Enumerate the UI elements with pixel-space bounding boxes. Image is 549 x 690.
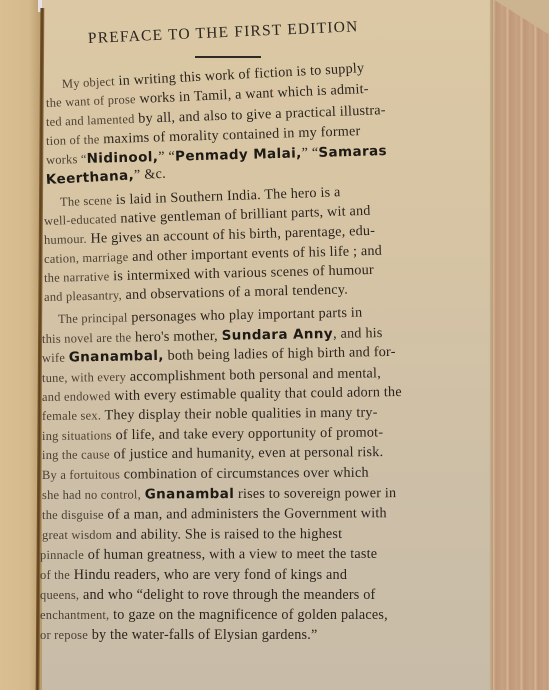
line-lead: well-educated <box>44 212 117 228</box>
line-text: and ability. She is raised to the highes… <box>116 526 342 543</box>
text-line: great wisdom and ability. She is raised … <box>42 526 342 544</box>
line-lead: this novel are the <box>42 330 132 346</box>
text-line: or repose by the water-falls of Elysian … <box>40 627 318 644</box>
text-line: enchantment, to gaze on the magnificence… <box>40 607 388 624</box>
line-lead: enchantment, <box>40 608 109 622</box>
character-name-gnanambal: Gnanambal, <box>69 348 164 366</box>
line-text: hero's mother, <box>135 328 218 345</box>
line-text: to gaze on the magnificence of golden pa… <box>113 607 388 623</box>
line-text: ” &c. <box>134 166 167 184</box>
text-line: the disguise of a man, and administers t… <box>42 505 387 524</box>
book-title-keerthana: Keerthana, <box>46 167 135 188</box>
heading-rule <box>195 56 261 58</box>
text-line: queens, and who “delight to rove through… <box>40 587 375 604</box>
line-lead: pinnacle <box>40 548 84 562</box>
line-text: personages who play important parts in <box>131 305 362 326</box>
line-lead: My object <box>62 74 116 91</box>
text-line: of the Hindu readers, who are very fond … <box>40 567 347 584</box>
line-text: of justice and humanity, even at persona… <box>114 444 384 462</box>
line-lead: she had no control, <box>42 487 141 502</box>
line-lead: of the <box>40 568 70 582</box>
line-lead: tune, with every <box>42 370 126 385</box>
line-text: and who “delight to rove through the mea… <box>83 587 375 603</box>
line-lead: tion of the <box>46 132 100 148</box>
line-lead: works “ <box>46 152 87 167</box>
line-lead: or repose <box>40 628 88 642</box>
line-lead: the disguise <box>42 508 104 522</box>
text-line: female sex. They display their noble qua… <box>42 404 378 425</box>
line-text: combination of circumstances over which <box>124 465 369 483</box>
line-lead: ted and lamented <box>46 112 135 129</box>
line-text: of a man, and administers the Government… <box>107 505 386 522</box>
line-lead: wife <box>42 351 65 365</box>
line-lead: ing the cause <box>42 447 110 462</box>
line-text: They display their noble qualities in ma… <box>105 404 378 423</box>
book-title-samaras: Samaras <box>318 143 387 161</box>
line-text: , and his <box>333 325 383 342</box>
line-lead: and pleasantry, <box>44 288 122 304</box>
page-edges-stack <box>487 0 549 690</box>
line-lead: cation, marriage <box>44 250 129 266</box>
line-lead: female sex. <box>42 408 101 423</box>
line-text: of life, and take every opportunity of p… <box>115 424 383 443</box>
character-name-sundara-anny: Sundara Anny <box>221 326 333 344</box>
character-name-gnanambal: Gnanambal <box>145 486 235 502</box>
text-line: By a fortuitous combination of circumsta… <box>42 465 369 484</box>
line-text: accomplishment both personal and mental, <box>130 365 381 385</box>
line-text: with every estimable quality that could … <box>114 384 402 404</box>
book-title-penmady-malai: Penmady Malai, <box>175 145 302 164</box>
line-lead: By a fortuitous <box>42 467 120 482</box>
page-edge-shadow <box>489 0 493 690</box>
line-lead: The principal <box>58 311 128 326</box>
line-lead: humour. <box>44 232 87 247</box>
line-text: Hindu readers, who are very fond of king… <box>74 567 347 583</box>
line-lead: great wisdom <box>42 528 112 542</box>
line-text: rises to sovereign power in <box>238 485 396 502</box>
line-text: of human greatness, with a view to meet … <box>88 546 378 563</box>
line-lead: and endowed <box>42 389 111 404</box>
line-lead: ing situations <box>42 428 112 443</box>
text-line: she had no control, Gnanambal rises to s… <box>42 485 396 504</box>
text-line: ing situations of life, and take every o… <box>42 424 383 445</box>
book-title-nidinool: Nidinool, <box>86 149 158 167</box>
line-text: both being ladies of high birth and for- <box>167 344 395 364</box>
line-lead: queens, <box>40 588 79 602</box>
line-lead: the want of prose <box>46 92 136 110</box>
line-text: by the water-falls of Elysian gardens.” <box>92 627 318 643</box>
line-lead: The scene <box>60 193 113 209</box>
punctuation: ” “ <box>158 149 175 165</box>
text-line: pinnacle of human greatness, with a view… <box>40 546 377 564</box>
text-line: ing the cause of justice and humanity, e… <box>42 444 383 464</box>
line-lead: the narrative <box>44 269 110 285</box>
punctuation: ” “ <box>301 145 318 161</box>
